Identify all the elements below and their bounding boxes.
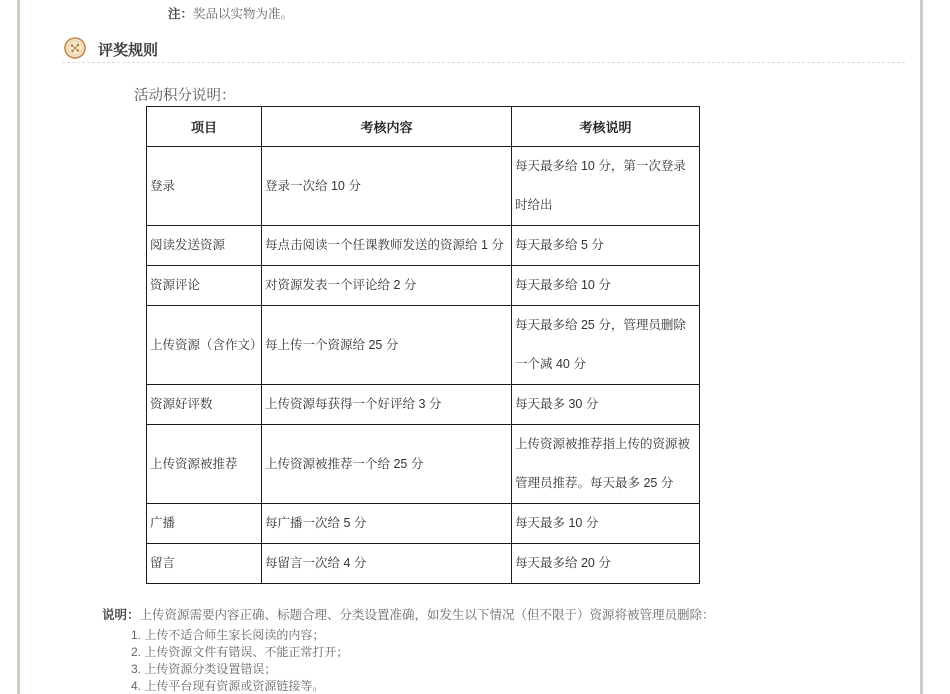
prize-note-text: 奖品以实物为准。 xyxy=(193,7,293,21)
table-row: 资源好评数 上传资源每获得一个好评给 3 分 每天最多 30 分 xyxy=(147,385,700,425)
page-border-left xyxy=(17,0,20,694)
section-title: 评奖规则 xyxy=(98,39,158,60)
cell-desc: 每天最多 30 分 xyxy=(512,385,700,425)
cell-content: 每点击阅读一个任课教师发送的资源给 1 分 xyxy=(262,226,512,266)
prize-note: 注：奖品以实物为准。 xyxy=(168,4,293,22)
upload-rules-note: 说明：上传资源需要内容正确、标题合理、分类设置准确，如发生以下情况（但不限于）资… xyxy=(102,605,715,694)
table-row: 阅读发送资源 每点击阅读一个任课教师发送的资源给 1 分 每天最多给 5 分 xyxy=(147,226,700,266)
cell-content: 登录一次给 10 分 xyxy=(262,147,512,226)
column-header-desc: 考核说明 xyxy=(512,107,700,147)
table-row: 上传资源（含作文） 每上传一个资源给 25 分 每天最多给 25 分，管理员删除… xyxy=(147,306,700,385)
upload-rules-label: 说明： xyxy=(102,608,140,622)
table-row: 留言 每留言一次给 4 分 每天最多给 20 分 xyxy=(147,544,700,584)
points-table: 项目 考核内容 考核说明 登录 登录一次给 10 分 每天最多给 10 分，第一… xyxy=(146,106,700,584)
table-header-row: 项目 考核内容 考核说明 xyxy=(147,107,700,147)
cell-content: 上传资源每获得一个好评给 3 分 xyxy=(262,385,512,425)
cell-content: 每上传一个资源给 25 分 xyxy=(262,306,512,385)
points-table-wrap: 项目 考核内容 考核说明 登录 登录一次给 10 分 每天最多给 10 分，第一… xyxy=(146,106,700,584)
points-intro-label: 活动积分说明： xyxy=(134,84,236,105)
cell-item: 登录 xyxy=(147,147,262,226)
cell-item: 阅读发送资源 xyxy=(147,226,262,266)
section-divider xyxy=(62,62,905,63)
table-row: 资源评论 对资源发表一个评论给 2 分 每天最多给 10 分 xyxy=(147,266,700,306)
cell-item: 资源好评数 xyxy=(147,385,262,425)
cell-desc: 每天最多给 25 分，管理员删除一个减 40 分 xyxy=(512,306,700,385)
upload-rules-list: 1. 上传不适合师生家长阅读的内容； 2. 上传资源文件有错误、不能正常打开； … xyxy=(131,627,715,694)
cell-desc: 每天最多给 5 分 xyxy=(512,226,700,266)
list-item: 1. 上传不适合师生家长阅读的内容； xyxy=(131,627,715,644)
cell-item: 留言 xyxy=(147,544,262,584)
cell-item: 上传资源（含作文） xyxy=(147,306,262,385)
cell-item: 资源评论 xyxy=(147,266,262,306)
cell-item: 广播 xyxy=(147,504,262,544)
list-item: 3. 上传资源分类设置错误； xyxy=(131,661,715,678)
cell-desc: 每天最多给 10 分 xyxy=(512,266,700,306)
cell-desc: 每天最多给 20 分 xyxy=(512,544,700,584)
table-row: 广播 每广播一次给 5 分 每天最多 10 分 xyxy=(147,504,700,544)
page-border-right xyxy=(920,0,923,694)
cell-content: 上传资源被推荐一个给 25 分 xyxy=(262,425,512,504)
cell-content: 每留言一次给 4 分 xyxy=(262,544,512,584)
cell-desc: 上传资源被推荐指上传的资源被管理员推荐。每天最多 25 分 xyxy=(512,425,700,504)
button-badge-icon xyxy=(64,37,86,59)
column-header-content: 考核内容 xyxy=(262,107,512,147)
table-row: 上传资源被推荐 上传资源被推荐一个给 25 分 上传资源被推荐指上传的资源被管理… xyxy=(147,425,700,504)
list-item: 4. 上传平台现有资源或资源链接等。 xyxy=(131,678,715,694)
prize-note-label: 注： xyxy=(168,7,193,21)
upload-rules-text: 上传资源需要内容正确、标题合理、分类设置准确，如发生以下情况（但不限于）资源将被… xyxy=(140,608,715,622)
cell-desc: 每天最多给 10 分，第一次登录时给出 xyxy=(512,147,700,226)
cell-content: 每广播一次给 5 分 xyxy=(262,504,512,544)
column-header-item: 项目 xyxy=(147,107,262,147)
list-item: 2. 上传资源文件有错误、不能正常打开； xyxy=(131,644,715,661)
table-row: 登录 登录一次给 10 分 每天最多给 10 分，第一次登录时给出 xyxy=(147,147,700,226)
cell-item: 上传资源被推荐 xyxy=(147,425,262,504)
upload-rules-intro: 说明：上传资源需要内容正确、标题合理、分类设置准确，如发生以下情况（但不限于）资… xyxy=(102,605,715,623)
cell-content: 对资源发表一个评论给 2 分 xyxy=(262,266,512,306)
cell-desc: 每天最多 10 分 xyxy=(512,504,700,544)
